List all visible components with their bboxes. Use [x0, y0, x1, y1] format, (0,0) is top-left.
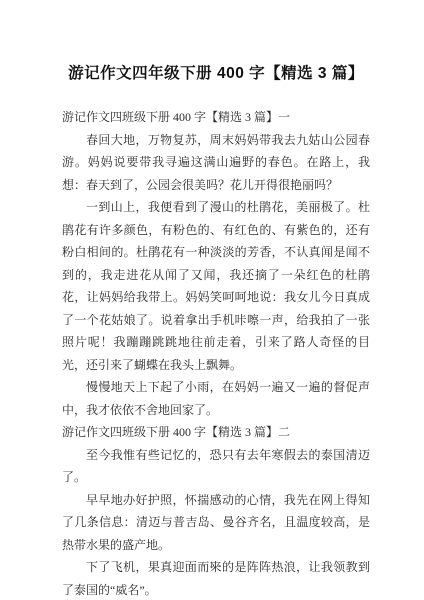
- essay2-paragraph-1: 至今我惟有些记忆的，恐只有去年寒假去的泰国清迈了。: [62, 444, 370, 489]
- page-title: 游记作文四年级下册 400 字【精选 3 篇】: [62, 62, 370, 86]
- essay2-heading: 游记作文四班级下册 400 字【精选 3 篇】二: [62, 421, 370, 444]
- document-page: 游记作文四年级下册 400 字【精选 3 篇】 游记作文四班级下册 400 字【…: [0, 0, 424, 600]
- essay1-paragraph-3: 慢慢地天上下起了小雨，在妈妈一遍又一遍的督促声中，我才依依不舍地回家了。: [62, 376, 370, 421]
- essay1-paragraph-2: 一到山上，我便看到了漫山的杜鹃花，美丽极了。杜鹃花有许多颜色，有粉色的、有红色的…: [62, 196, 370, 376]
- essay1-paragraph-1: 春回大地，万物复苏，周末妈妈带我去九姑山公园春游。妈妈说要带我寻遍这满山遍野的春…: [62, 129, 370, 197]
- essay1-heading: 游记作文四班级下册 400 字【精选 3 篇】一: [62, 106, 370, 129]
- page-number: - 1 -: [0, 560, 424, 570]
- essay2-paragraph-2: 早早地办好护照，怀揣感动的心情，我先在网上得知了几条信息：清迈与普吉岛、曼谷齐名…: [62, 489, 370, 557]
